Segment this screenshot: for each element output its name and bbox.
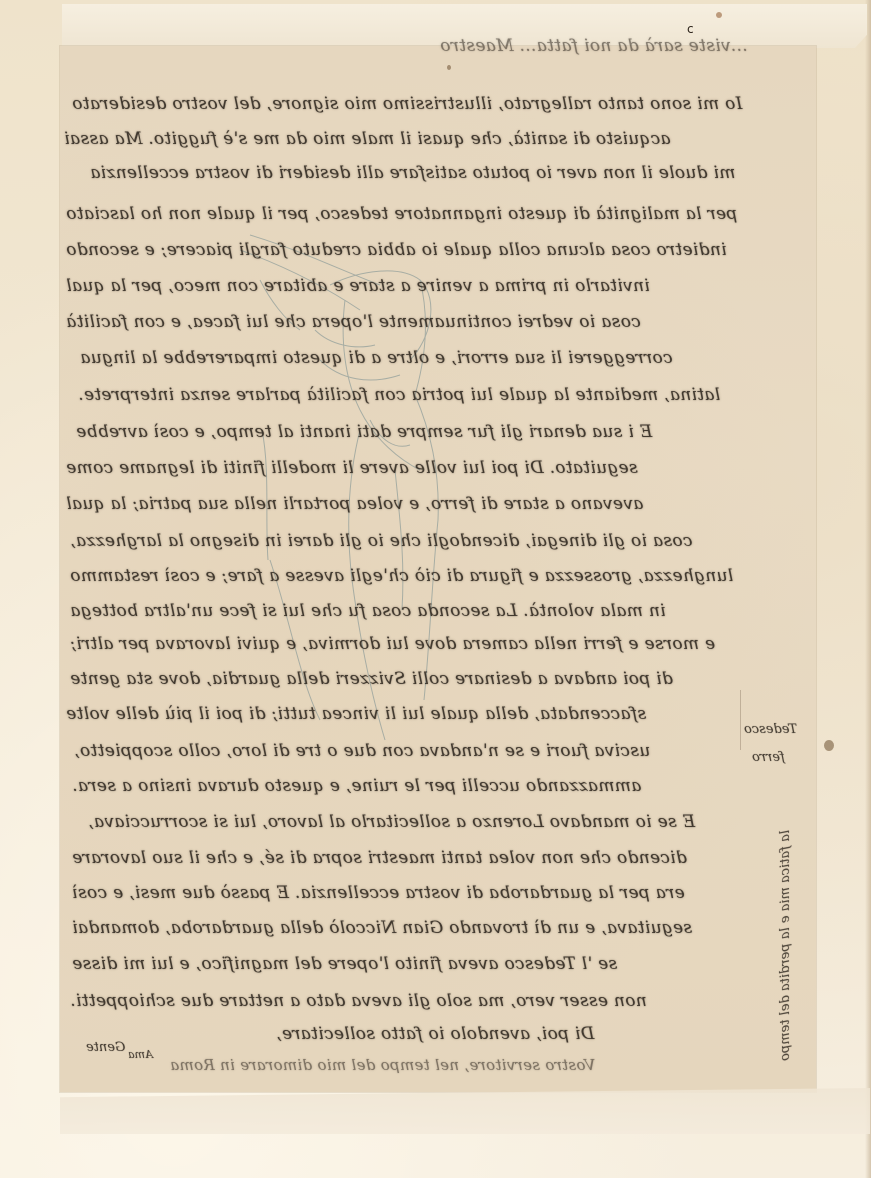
text-line: E i sua denari gli fur sempre dati inant… (76, 422, 652, 442)
text-line: di poi andava a desinare colli Svizzeri … (70, 669, 673, 689)
margin-note: Tedesco (744, 722, 797, 737)
text-line: latina, mediante la quale lui potria con… (78, 385, 720, 405)
text-line: in mala volontà. La seconda cosa fu che … (70, 601, 666, 621)
text-line: non esser vero, ma solo gli aveva dato a… (70, 991, 647, 1011)
text-line: indietro cosa alcuna colla quale io abbi… (66, 240, 727, 260)
text-line: seguitava, e un dì trovando Gian Niccolò… (72, 918, 692, 938)
ink-stain (824, 740, 834, 751)
folio-mark: c (687, 22, 694, 36)
text-line: usciva fuori e se n'andava con due o tre… (74, 741, 650, 761)
text-line: correggerei li sua errori, e oltre a di … (80, 348, 673, 368)
text-line: cosa io gli dinegai, dicendogli che io g… (70, 531, 692, 551)
margin-note: Ama (128, 1048, 153, 1061)
text-line: per la malignità di questo ingannatore t… (66, 204, 737, 224)
text-line: acquisto di sanità, che quasi il male mi… (64, 129, 671, 149)
text-line: seguitato. Di poi lui volle avere li mod… (66, 458, 638, 478)
text-line: se 'l Tedesco aveva finito l'opere del m… (72, 954, 617, 974)
text-line: e morse e ferri nella camera dove lui do… (70, 634, 715, 654)
ink-stain (716, 12, 722, 18)
margin-note: ferro (752, 750, 785, 765)
text-line: Vostro servitore, nel tempo del mio dimo… (170, 1056, 595, 1074)
margin-note: Gente (86, 1040, 125, 1055)
text-line: sfaccendata, della quale lui li vincea t… (66, 704, 646, 724)
margin-note-vertical: la fatica mia e la perdita del tempo (778, 830, 793, 1061)
text-line: lunghezza, grossezza e figura di ciò ch'… (70, 566, 733, 586)
text-line: cosa io vedrei continuamente l'opera che… (66, 312, 641, 332)
text-line: E se io mandavo Lorenzo a sollecitarlo a… (88, 812, 695, 832)
text-line: Io mi sono tanto rallegrato, illustrissi… (72, 94, 742, 114)
text-line: dicendo che non volea tanti maestri sopr… (72, 848, 687, 868)
text-line: invitarlo in prima a venire a stare e ab… (66, 276, 650, 296)
text-line: era per la guardaroba di vostra eccellen… (72, 883, 685, 903)
ink-speck (447, 65, 451, 70)
text-line: ...viste sarà da noi fatta... Maestro (440, 36, 748, 56)
margin-rule (740, 690, 741, 750)
text-line: Di poi, avendolo io fatto sollecitare, (276, 1024, 594, 1044)
backing-edge (865, 0, 871, 1178)
text-line: avevano a stare di ferro, e volea portar… (66, 494, 643, 514)
text-line: ammazzando uccelli per le ruine, e quest… (72, 776, 641, 796)
text-line: mi duole il non aver io potuto satisfare… (90, 163, 735, 183)
